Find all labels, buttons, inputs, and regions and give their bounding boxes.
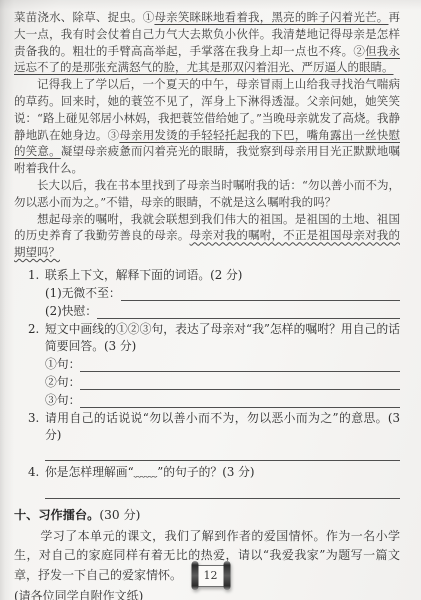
page-number-plate: 12 bbox=[196, 565, 225, 587]
question-number: 3. bbox=[28, 410, 45, 443]
scroll-roller-right-icon bbox=[223, 561, 230, 590]
answer-blank bbox=[80, 377, 400, 390]
sub-item-label: (1)无微不至： bbox=[45, 284, 121, 301]
page-number-scroll: 12 bbox=[191, 561, 230, 590]
question-1-sub-2: (2)快慰： bbox=[45, 303, 400, 319]
question-text: 你是怎样理解画“﹏﹏”的句子的？(3 分) bbox=[45, 464, 400, 481]
scanned-exam-page: 菜苗浇水、除草、捉虫。①母亲笑眯眯地看着我，黑亮的眸子闪着光芒。再大一点，我有时… bbox=[0, 0, 421, 600]
question-3: 3. 请用自己的话说说“勿以善小而不为，勿以恶小而为之”的意思。(3 分) bbox=[14, 410, 400, 443]
section-heading: 十、习作擂台。(30 分) bbox=[14, 506, 400, 524]
question-text: 请用自己的话说说“勿以善小而不为，勿以恶小而为之”的意思。(3 分) bbox=[45, 410, 400, 443]
sub-item-label: ②句： bbox=[45, 373, 80, 390]
question-2-sub-2: ②句： bbox=[45, 374, 400, 390]
sub-item-label: ③句： bbox=[45, 391, 80, 408]
passage-text: 凝望母亲疲惫而闪着亮光的眼睛，我觉察到母亲用目光正默默地嘱咐着我什么。 bbox=[14, 144, 400, 175]
scroll-roller-left-icon bbox=[191, 561, 198, 590]
passage-paragraph-1: 菜苗浇水、除草、捉虫。①母亲笑眯眯地看着我，黑亮的眸子闪着光芒。再大一点，我有时… bbox=[14, 9, 400, 76]
passage-text: 菜苗浇水、除草、捉虫。① bbox=[14, 10, 154, 24]
question-number: 4. bbox=[28, 464, 45, 481]
question-text: 短文中画线的①②③句，表达了母亲对“我”怎样的嘱咐？用自己的话简要回答。(3 分… bbox=[45, 321, 400, 354]
page-number: 12 bbox=[204, 569, 218, 582]
passage-paragraph-4: 想起母亲的嘱咐，我就会联想到我们伟大的祖国。是祖国的土地、祖国的历史养育了我勤劳… bbox=[14, 211, 400, 261]
question-2-sub-1: ①句： bbox=[45, 356, 400, 372]
question-number: 2. bbox=[28, 321, 45, 354]
question-2: 2. 短文中画线的①②③句，表达了母亲对“我”怎样的嘱咐？用自己的话简要回答。(… bbox=[14, 321, 400, 354]
passage-paragraph-3: 长大以后，我在书本里找到了母亲当时嘱咐我的话：“勿以善小而不为，勿以恶小而为之。… bbox=[14, 177, 400, 211]
answer-blank bbox=[121, 288, 400, 301]
page-content: 菜苗浇水、除草、捉虫。①母亲笑眯眯地看着我，黑亮的眸子闪着光芒。再大一点，我有时… bbox=[0, 0, 421, 600]
section-title: 十、习作擂台。 bbox=[14, 508, 99, 522]
question-2-sub-3: ③句： bbox=[45, 392, 400, 408]
reading-passage: 菜苗浇水、除草、捉虫。①母亲笑眯眯地看着我，黑亮的眸子闪着光芒。再大一点，我有时… bbox=[14, 9, 400, 261]
answer-blank bbox=[45, 448, 400, 461]
question-list: 1. 联系上下文，解释下面的词语。(2 分) (1)无微不至： (2)快慰： 2… bbox=[14, 267, 400, 499]
sub-item-label: ①句： bbox=[45, 355, 80, 372]
question-number: 1. bbox=[28, 267, 45, 284]
question-text: 联系上下文，解释下面的词语。(2 分) bbox=[45, 267, 400, 284]
answer-blank bbox=[80, 395, 400, 408]
answer-blank bbox=[97, 306, 400, 319]
underlined-sentence-1: 母亲笑眯眯地看着我，黑亮的眸子闪着光芒。 bbox=[154, 10, 388, 24]
question-4: 4. 你是怎样理解画“﹏﹏”的句子的？(3 分) bbox=[14, 464, 400, 481]
section-score: (30 分) bbox=[99, 508, 140, 522]
question-1-sub-1: (1)无微不至： bbox=[45, 285, 400, 301]
answer-blank bbox=[80, 359, 400, 372]
sub-item-label: (2)快慰： bbox=[45, 302, 97, 319]
passage-paragraph-2: 记得我上了学以后，一个夏天的中午，母亲冒雨上山给我寻找治气喘病的草药。回来时，她… bbox=[14, 76, 400, 177]
question-1: 1. 联系上下文，解释下面的词语。(2 分) bbox=[14, 267, 400, 284]
passage-text: 长大以后，我在书本里找到了母亲当时嘱咐我的话：“勿以善小而不为，勿以恶小而为之。… bbox=[14, 178, 400, 209]
answer-blank bbox=[45, 486, 400, 499]
